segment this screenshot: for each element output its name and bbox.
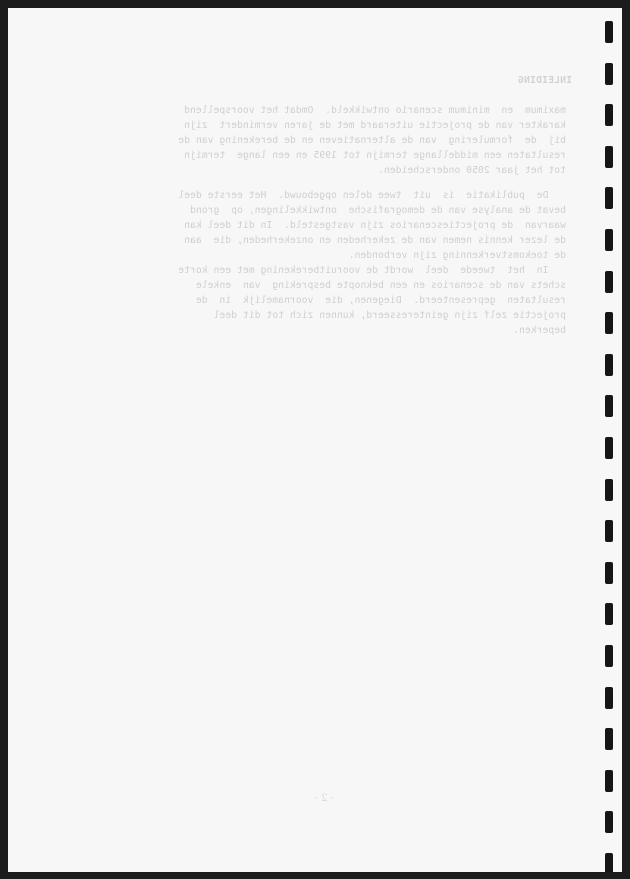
section-heading: INLEIDING xyxy=(518,75,572,86)
page-number: - 2 - xyxy=(315,793,334,804)
mirrored-show-through-text: INLEIDING maximum en minimum scenario on… xyxy=(8,8,622,872)
paragraph-1: maximum en minimum scenario ontwikkeld. … xyxy=(178,103,566,178)
binding-hole xyxy=(605,229,613,251)
binding-hole xyxy=(605,146,613,168)
binding-hole xyxy=(605,354,613,376)
binding-hole xyxy=(605,603,613,625)
binding-hole xyxy=(605,479,613,501)
paragraph-3: In het tweede deel wordt de vooruitberek… xyxy=(178,263,566,338)
binding-hole xyxy=(605,645,613,667)
binding-hole xyxy=(605,811,613,833)
binding-hole xyxy=(605,63,613,85)
binding-hole xyxy=(605,687,613,709)
binding-hole xyxy=(605,437,613,459)
binding-hole xyxy=(605,271,613,293)
binding-hole xyxy=(605,562,613,584)
binding-hole xyxy=(605,728,613,750)
binding-hole xyxy=(605,21,613,43)
paragraph-2: De publikatie is uit twee delen opgebouw… xyxy=(178,188,566,263)
binding-hole xyxy=(605,312,613,334)
binding-hole xyxy=(605,104,613,126)
binding-hole xyxy=(605,395,613,417)
scanned-page: INLEIDING maximum en minimum scenario on… xyxy=(8,8,622,872)
binding-hole xyxy=(605,187,613,209)
binding-hole xyxy=(605,520,613,542)
binding-holes xyxy=(605,21,614,871)
binding-hole xyxy=(605,770,613,792)
binding-hole xyxy=(605,853,613,872)
